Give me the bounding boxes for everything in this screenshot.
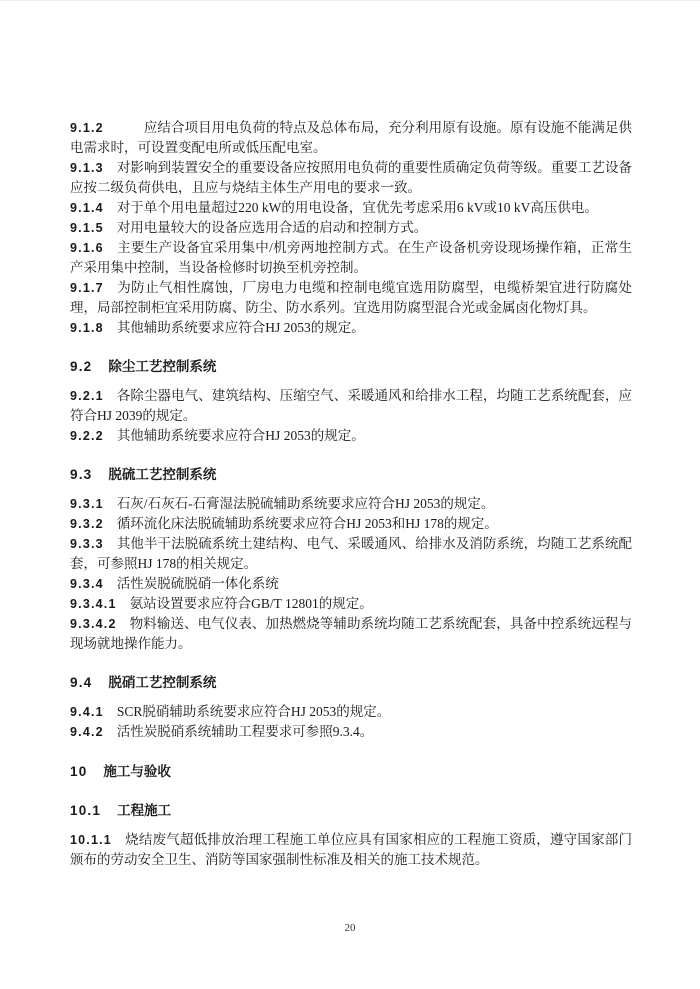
heading-number: 10 <box>70 764 87 779</box>
clause-text: 循环流化床法脱硫辅助系统要求应符合HJ 2053和HJ 178的规定。 <box>117 516 498 531</box>
clause-number: 9.4.2 <box>70 725 104 739</box>
clause-text: 对影响到装置安全的重要设备应按照用电负荷的重要性质确定负荷等级。重要工艺设备应按… <box>70 160 632 195</box>
clause-text: 应结合项目用电负荷的特点及总体布局，充分利用原有设施。原有设施不能满足供电需求时… <box>70 120 632 155</box>
clause-9-1-8: 9.1.8其他辅助系统要求应符合HJ 2053的规定。 <box>70 318 632 338</box>
clause-text: 烧结废气超低排放治理工程施工单位应具有国家相应的工程施工资质，遵守国家部门颁布的… <box>70 832 632 867</box>
clause-number: 9.1.8 <box>70 321 104 335</box>
clause-9-1-4: 9.1.4对于单个用电量超过220 kW的用电设备，宜优先考虑采用6 kV或10… <box>70 198 632 218</box>
clause-text: 氨站设置要求应符合GB/T 12801的规定。 <box>130 596 373 611</box>
clause-9-1-2: 9.1.2应结合项目用电负荷的特点及总体布局，充分利用原有设施。原有设施不能满足… <box>70 118 632 158</box>
heading-number: 9.2 <box>70 359 92 374</box>
section-heading-9-4: 9.4脱硝工艺控制系统 <box>70 673 632 693</box>
clause-number: 9.3.4.1 <box>70 597 117 611</box>
clause-number: 9.3.3 <box>70 537 104 551</box>
clause-9-3-4-1: 9.3.4.1氨站设置要求应符合GB/T 12801的规定。 <box>70 594 632 614</box>
clause-9-4-1: 9.4.1SCR脱硝辅助系统要求应符合HJ 2053的规定。 <box>70 702 632 722</box>
section-heading-9-3: 9.3脱硫工艺控制系统 <box>70 465 632 485</box>
heading-text: 工程施工 <box>117 803 171 818</box>
clause-number: 9.1.5 <box>70 221 104 235</box>
section-heading-10-1: 10.1工程施工 <box>70 801 632 821</box>
clause-number: 9.1.6 <box>70 241 104 255</box>
heading-number: 9.4 <box>70 675 92 690</box>
clause-10-1-1: 10.1.1烧结废气超低排放治理工程施工单位应具有国家相应的工程施工资质，遵守国… <box>70 830 632 870</box>
clause-number: 9.3.2 <box>70 517 104 531</box>
clause-number: 9.3.4 <box>70 577 104 591</box>
heading-number: 10.1 <box>70 803 101 818</box>
page-footer: 20 <box>0 921 700 935</box>
clause-text: 物料输送、电气仪表、加热燃烧等辅助系统均随工艺系统配套，具备中控系统远程与现场就… <box>70 616 632 651</box>
clause-9-1-3: 9.1.3对影响到装置安全的重要设备应按照用电负荷的重要性质确定负荷等级。重要工… <box>70 158 632 198</box>
clause-9-3-1: 9.3.1石灰/石灰石-石膏湿法脱硫辅助系统要求应符合HJ 2053的规定。 <box>70 494 632 514</box>
clause-text: 石灰/石灰石-石膏湿法脱硫辅助系统要求应符合HJ 2053的规定。 <box>117 496 495 511</box>
clause-number: 9.1.3 <box>70 161 104 175</box>
document-page: 9.1.2应结合项目用电负荷的特点及总体布局，充分利用原有设施。原有设施不能满足… <box>0 0 700 989</box>
clause-number: 10.1.1 <box>70 833 112 847</box>
heading-text: 脱硫工艺控制系统 <box>108 467 216 482</box>
clause-9-3-4-2: 9.3.4.2物料输送、电气仪表、加热燃烧等辅助系统均随工艺系统配套，具备中控系… <box>70 614 632 654</box>
clause-number: 9.3.4.2 <box>70 617 117 631</box>
clause-number: 9.1.2 <box>70 121 104 135</box>
clause-text: SCR脱硝辅助系统要求应符合HJ 2053的规定。 <box>117 704 390 719</box>
clause-number: 9.3.1 <box>70 497 104 511</box>
clause-number: 9.2.2 <box>70 429 104 443</box>
section-heading-9-2: 9.2除尘工艺控制系统 <box>70 357 632 377</box>
clause-text: 各除尘器电气、建筑结构、压缩空气、采暖通风和给排水工程，均随工艺系统配套，应符合… <box>70 388 632 423</box>
clause-9-3-2: 9.3.2循环流化床法脱硫辅助系统要求应符合HJ 2053和HJ 178的规定。 <box>70 514 632 534</box>
clause-number: 9.4.1 <box>70 705 104 719</box>
chapter-heading-10: 10施工与验收 <box>70 762 632 782</box>
clause-9-1-5: 9.1.5对用电量较大的设备应选用合适的启动和控制方式。 <box>70 218 632 238</box>
clause-9-1-7: 9.1.7为防止气相性腐蚀，厂房电力电缆和控制电缆宜选用防腐型，电缆桥架宜进行防… <box>70 278 632 318</box>
document-content: 9.1.2应结合项目用电负荷的特点及总体布局，充分利用原有设施。原有设施不能满足… <box>70 118 632 870</box>
clause-text: 其他半干法脱硫系统土建结构、电气、采暖通风、给排水及消防系统，均随工艺系统配套，… <box>70 536 632 571</box>
clause-text: 其他辅助系统要求应符合HJ 2053的规定。 <box>117 428 365 443</box>
clause-number: 9.2.1 <box>70 389 104 403</box>
clause-text: 对用电量较大的设备应选用合适的启动和控制方式。 <box>117 220 428 235</box>
clause-text: 其他辅助系统要求应符合HJ 2053的规定。 <box>117 320 365 335</box>
clause-9-3-3: 9.3.3其他半干法脱硫系统土建结构、电气、采暖通风、给排水及消防系统，均随工艺… <box>70 534 632 574</box>
page-number: 20 <box>345 922 356 934</box>
clause-9-1-6: 9.1.6主要生产设备宜采用集中/机旁两地控制方式。在生产设备机旁设现场操作箱，… <box>70 238 632 278</box>
clause-number: 9.1.4 <box>70 201 104 215</box>
clause-text: 活性炭脱硫脱硝一体化系统 <box>117 576 279 591</box>
heading-text: 脱硝工艺控制系统 <box>108 675 216 690</box>
clause-text: 主要生产设备宜采用集中/机旁两地控制方式。在生产设备机旁设现场操作箱，正常生产采… <box>70 240 632 275</box>
clause-text: 为防止气相性腐蚀，厂房电力电缆和控制电缆宜选用防腐型，电缆桥架宜进行防腐处理，局… <box>70 280 632 315</box>
clause-9-2-1: 9.2.1各除尘器电气、建筑结构、压缩空气、采暖通风和给排水工程，均随工艺系统配… <box>70 386 632 426</box>
heading-number: 9.3 <box>70 467 92 482</box>
clause-9-4-2: 9.4.2活性炭脱硝系统辅助工程要求可参照9.3.4。 <box>70 722 632 742</box>
clause-text: 活性炭脱硝系统辅助工程要求可参照9.3.4。 <box>117 724 374 739</box>
clause-9-2-2: 9.2.2其他辅助系统要求应符合HJ 2053的规定。 <box>70 426 632 446</box>
heading-text: 施工与验收 <box>103 764 171 779</box>
clause-9-3-4: 9.3.4活性炭脱硫脱硝一体化系统 <box>70 574 632 594</box>
clause-number: 9.1.7 <box>70 281 104 295</box>
heading-text: 除尘工艺控制系统 <box>108 359 216 374</box>
clause-text: 对于单个用电量超过220 kW的用电设备，宜优先考虑采用6 kV或10 kV高压… <box>117 200 598 215</box>
